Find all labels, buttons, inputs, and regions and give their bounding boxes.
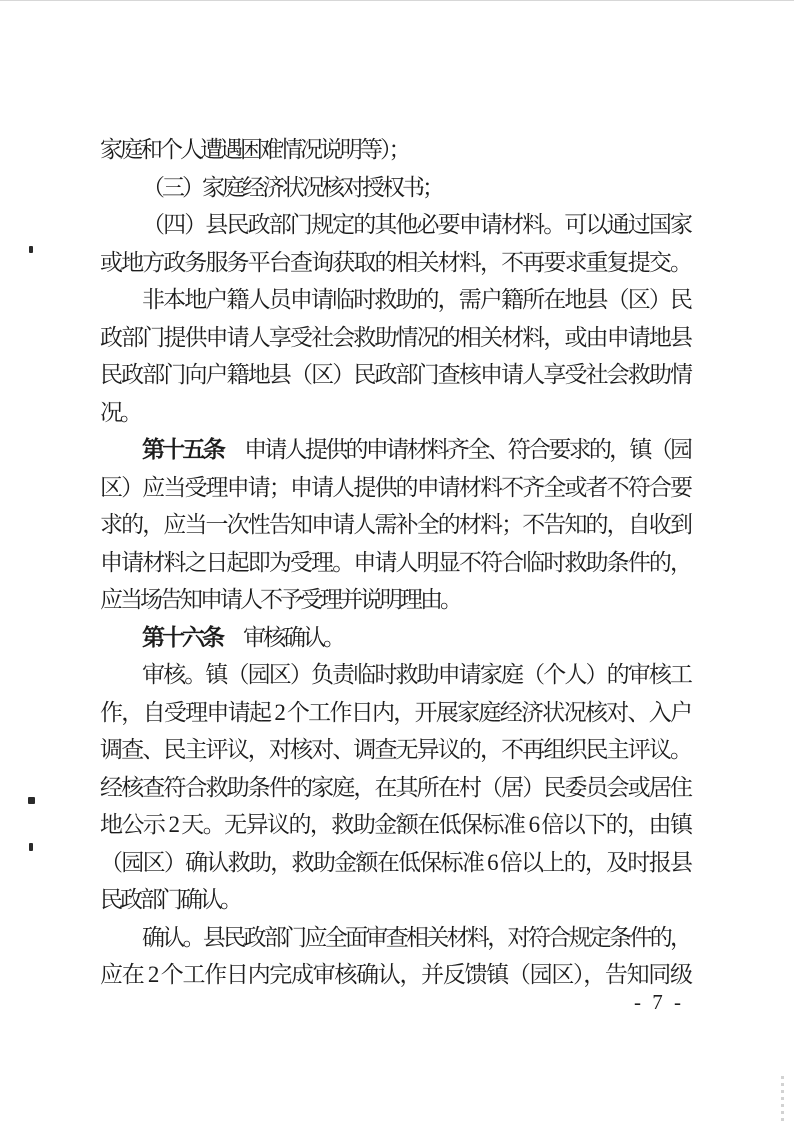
- article-number: 第十五条: [142, 437, 223, 462]
- text-line: 确认。县民政部门应全面审查相关材料，对符合规定条件的，: [100, 919, 690, 957]
- text-line: 审核。镇（园区）负责临时救助申请家庭（个人）的审核工: [100, 656, 690, 694]
- text-line: 第十五条申请人提供的申请材料齐全、符合要求的，镇（园: [100, 431, 690, 469]
- text-line: （四）县民政部门规定的其他必要申请材料。可以通过国家: [100, 206, 690, 244]
- text-line: 民政部门向户籍地县（区）民政部门查核申请人享受社会救助情: [100, 356, 690, 394]
- scan-edge-line: [0, 0, 794, 1]
- text-line: 应当场告知申请人不予受理并说明理由。: [100, 581, 690, 619]
- text-line: 地公示 2 天。无异议的，救助金额在低保标准 6 倍以下的，由镇: [100, 806, 690, 844]
- text-line: 民政部门确认。: [100, 881, 690, 919]
- text-line: 应在 2 个工作日内完成审核确认，并反馈镇（园区），告知同级: [100, 956, 690, 994]
- text-line: 或地方政务服务平台查询获取的相关材料，不再要求重复提交。: [100, 244, 690, 282]
- text-line: 经核查符合救助条件的家庭，在其所在村（居）民委员会或居住: [100, 769, 690, 807]
- text-line: 政部门提供申请人享受社会救助情况的相关材料，或由申请地县: [100, 319, 690, 357]
- scan-speck: [28, 797, 35, 804]
- text-line: 调查、民主评议，对核对、调查无异议的，不再组织民主评议。: [100, 731, 690, 769]
- scan-speck: [29, 843, 33, 851]
- text-line: （三）家庭经济状况核对授权书；: [100, 169, 690, 207]
- scan-speck: [29, 246, 33, 253]
- text-line: 申请材料之日起即为受理。申请人明显不符合临时救助条件的，: [100, 544, 690, 582]
- text-line: 况。: [100, 394, 690, 432]
- article-number: 第十六条: [142, 625, 222, 650]
- text-line: 求的，应当一次性告知申请人需补全的材料；不告知的，自收到: [100, 506, 690, 544]
- text-line: 家庭和个人遭遇困难情况说明等）；: [100, 131, 690, 169]
- document-text-block: 家庭和个人遭遇困难情况说明等）；（三）家庭经济状况核对授权书；（四）县民政部门规…: [100, 131, 690, 994]
- text-line: 作，自受理申请起 2 个工作日内，开展家庭经济状况核对、入户: [100, 694, 690, 732]
- scan-dash-marks: [781, 1076, 784, 1122]
- text-line: 非本地户籍人员申请临时救助的，需户籍所在地县（区）民: [100, 281, 690, 319]
- page-number: - 7 -: [634, 990, 684, 1015]
- text-line: 区）应当受理申请；申请人提供的申请材料不齐全或者不符合要: [100, 469, 690, 507]
- text-line: （园区）确认救助，救助金额在低保标准 6 倍以上的，及时报县: [100, 844, 690, 882]
- text-line: 第十六条审核确认。: [100, 619, 690, 657]
- document-page: 家庭和个人遭遇困难情况说明等）；（三）家庭经济状况核对授权书；（四）县民政部门规…: [0, 0, 794, 1122]
